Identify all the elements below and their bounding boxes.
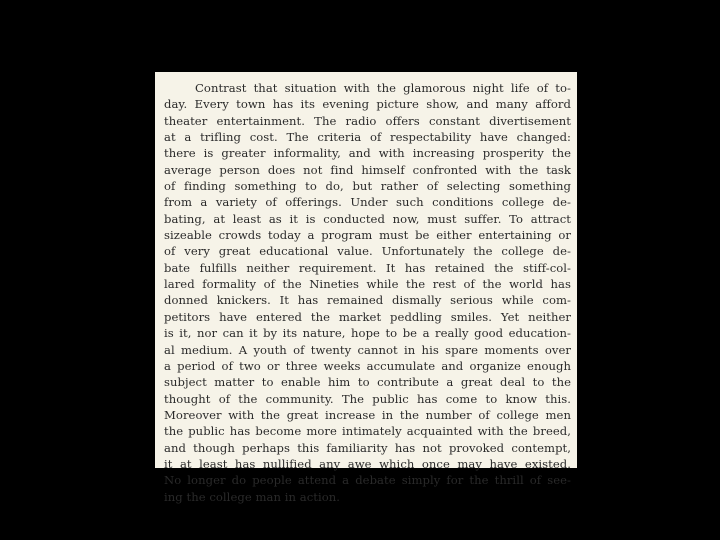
text-line: subject matter to enable him to contribu… — [164, 374, 571, 390]
text-line: from a variety of offerings. Under such … — [164, 194, 571, 210]
scanned-page: Contrast that situation with the glamoro… — [155, 72, 577, 468]
text-line: it at least has nullified any awe which … — [164, 456, 571, 472]
text-line: thought of the community. The public has… — [164, 391, 571, 407]
text-line: petitors have entered the market peddlin… — [164, 309, 571, 325]
text-line: donned knickers. It has remained dismall… — [164, 292, 571, 308]
text-line: there is greater informality, and with i… — [164, 145, 571, 161]
text-line: of very great educational value. Unfortu… — [164, 243, 571, 259]
text-line: day. Every town has its evening picture … — [164, 96, 571, 112]
text-line: theater entertainment. The radio offers … — [164, 113, 571, 129]
text-line: bating, at least as it is conducted now,… — [164, 211, 571, 227]
text-line: lared formality of the Nineties while th… — [164, 276, 571, 292]
text-line: Moreover with the great increase in the … — [164, 407, 571, 423]
text-line: average person does not find himself con… — [164, 162, 571, 178]
text-line: is it, nor can it by its nature, hope to… — [164, 325, 571, 341]
body-paragraph: Contrast that situation with the glamoro… — [164, 80, 571, 505]
text-line: of finding something to do, but rather o… — [164, 178, 571, 194]
text-line: ing the college man in action. — [164, 489, 571, 505]
text-line: and though perhaps this familiarity has … — [164, 440, 571, 456]
text-line: No longer do people attend a debate simp… — [164, 472, 571, 488]
text-line: at a trifling cost. The criteria of resp… — [164, 129, 571, 145]
text-line: al medium. A youth of twenty cannot in h… — [164, 342, 571, 358]
text-line: Contrast that situation with the glamoro… — [164, 80, 571, 96]
text-line: bate fulfills neither requirement. It ha… — [164, 260, 571, 276]
text-line: a period of two or three weeks accumulat… — [164, 358, 571, 374]
text-line: the public has become more intimately ac… — [164, 423, 571, 439]
text-line: sizeable crowds today a program must be … — [164, 227, 571, 243]
